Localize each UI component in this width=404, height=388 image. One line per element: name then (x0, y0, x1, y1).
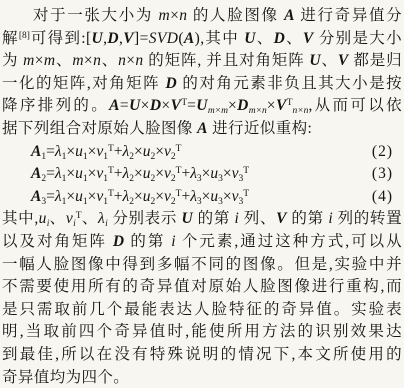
text-segment: 分别是大小 (314, 30, 402, 47)
text-segment: m (23, 52, 35, 69)
text-segment: λ (190, 165, 197, 182)
text-segment: 一幅人脸图像中得到多幅不同的图像。但是,实验中并 (2, 256, 402, 273)
text-segment: + (114, 188, 123, 205)
text-segment: × (141, 97, 150, 114)
text-segment: 进行近似重构: (208, 120, 312, 137)
text-line: 据下列组合对原始人脸图像 A 进行近似重构: (2, 118, 402, 141)
text-segment: + (181, 188, 190, 205)
text-segment: 可得到:[ (30, 30, 92, 47)
text-segment: × (155, 188, 164, 205)
text-segment: × (134, 188, 143, 205)
text-segment: 不需要使用所有的奇异值对原始人脸图像进行重构,而 (2, 278, 402, 295)
text-line: 是只需取前几个最能表达人脸特征的奇异值。实验表 (2, 299, 402, 322)
text-segment: 据下列组合对原始人脸图像 (2, 120, 197, 137)
text-segment: 、 (49, 210, 65, 227)
text-segment: T (243, 166, 249, 176)
text-segment: U (182, 210, 194, 227)
text-segment: × (66, 188, 75, 205)
text-segment: 、 (321, 52, 338, 69)
text-line: 明,当取前四个奇异值时,能使所用方法的识别效果达 (2, 321, 402, 344)
text-segment: A (31, 188, 41, 205)
text-segment: × (134, 143, 143, 160)
text-segment: × (66, 143, 75, 160)
text-segment: V (276, 97, 287, 114)
text-segment: × (267, 97, 276, 114)
text-segment: v (164, 188, 171, 205)
text-segment: A (109, 97, 120, 114)
text-segment: ]= (134, 30, 149, 47)
text-segment: m (159, 7, 171, 24)
text-segment: u (75, 143, 83, 160)
text-segment: λ (190, 188, 197, 205)
text-segment: V (338, 52, 349, 69)
text-segment: D (150, 97, 162, 114)
text-segment: 奇异值均为四个。 (2, 369, 129, 386)
text-segment: 的人脸图像 (187, 7, 284, 24)
text-segment: × (88, 165, 97, 182)
text-content: 一化的矩阵,对角矩阵 D 的对角元素非负且其大小是按 (2, 75, 402, 92)
text-segment: × (66, 165, 75, 182)
text-segment: u (210, 165, 218, 182)
text-segment: v (232, 165, 239, 182)
text-segment: v (164, 143, 171, 160)
text-segment: 对于一张大小为 (33, 7, 159, 24)
text-segment: = (187, 97, 196, 114)
text-line: 奇异值均为四个。 (2, 367, 402, 388)
text-content: 解[8]可得到:[U,D,V]=SVD(A),其中 U、D、V 分别是大小 (2, 30, 402, 47)
text-segment: × (88, 188, 97, 205)
text-content: 是只需取前几个最能表达人脸特征的奇异值。实验表 (2, 301, 402, 318)
text-segment: V (276, 210, 287, 227)
text-segment: V (171, 97, 182, 114)
text-segment: × (134, 165, 143, 182)
text-segment: 、 (82, 210, 98, 227)
text-segment: D (113, 233, 125, 250)
text-segment: U (92, 30, 104, 47)
text-segment: 以及对角矩阵 (2, 233, 113, 250)
text-content: 不需要使用所有的奇异值对原始人脸图像进行重构,而 (2, 278, 402, 295)
text-segment: U (129, 97, 141, 114)
text-line: 为 m×m、m×n、n×n 的矩阵, 并且对角矩阵 U、V 都是归 (2, 50, 402, 73)
equation-number: (4) (372, 186, 402, 209)
text-segment: 的第 (287, 210, 328, 227)
text-segment: 、 (55, 52, 72, 69)
text-segment: n×n (293, 106, 309, 116)
text-segment: 为 (2, 52, 23, 69)
text-segment: T (176, 144, 182, 154)
text-segment: 进行奇异值分 (295, 7, 402, 24)
text-segment: [8] (19, 31, 30, 41)
text-segment: m×n (249, 106, 267, 116)
text-segment: × (126, 52, 135, 69)
text-segment: D (274, 30, 286, 47)
text-segment: × (35, 52, 44, 69)
text-segment: v (232, 188, 239, 205)
text-segment: 的对角元素非负且其大小是按 (177, 75, 402, 92)
text-segment: u (210, 188, 218, 205)
text-segment: × (161, 97, 170, 114)
text-line: 对于一张大小为 m×n 的人脸图像 A 进行奇异值分 (2, 5, 402, 28)
text-segment: 都是归 (349, 52, 402, 69)
text-segment: 、 (285, 30, 303, 47)
text-segment: m×m (208, 106, 228, 116)
equation-content: A1=λ1×u1×v1T+λ2×u2×v2T (31, 141, 181, 164)
text-segment: D (107, 30, 119, 47)
text-line: 一化的矩阵,对角矩阵 D 的对角元素非负且其大小是按 (2, 73, 402, 96)
text-segment: 、 (101, 52, 118, 69)
text-segment: D (165, 75, 177, 92)
text-segment: A (197, 120, 208, 137)
text-content: 据下列组合对原始人脸图像 A 进行近似重构: (2, 120, 312, 137)
text-segment: ,从而可以依 (308, 97, 402, 114)
text-segment: 个元素,通过这种方式,可以从 (176, 233, 402, 250)
text-segment: 明,当取前四个奇异值时,能使所用方法的识别效果达 (2, 323, 402, 340)
text-segment: 的矩阵, 并且对角矩阵 (144, 52, 310, 69)
text-content: 对于一张大小为 m×n 的人脸图像 A 进行奇异值分 (33, 7, 402, 24)
text-segment: SVD (149, 30, 179, 47)
text-segment: × (228, 97, 237, 114)
text-content: 明,当取前四个奇异值时,能使所用方法的识别效果达 (2, 323, 402, 340)
text-content: 奇异值均为四个。 (2, 369, 129, 386)
text-segment: + (114, 143, 123, 160)
equation-content: A3=λ1×u1×v1T+λ2×u2×v2T+λ3×u3×v3T (31, 186, 249, 209)
text-line: 一幅人脸图像中得到多幅不同的图像。但是,实验中并 (2, 254, 402, 277)
text-segment: ),其中 (195, 30, 245, 47)
text-segment: × (84, 52, 93, 69)
text-segment: V (303, 30, 314, 47)
text-segment: n (93, 52, 101, 69)
equation-line: A1=λ1×u1×v1T+λ2×u2×v2T(2) (2, 141, 402, 164)
text-segment: + (114, 165, 123, 182)
equation-content: A2=λ1×u1×v1T+λ2×u2×v2T+λ3×u3×v3T (31, 163, 249, 186)
text-segment: 一化的矩阵,对角矩阵 (2, 75, 165, 92)
equation-line: A3=λ1×u1×v1T+λ2×u2×v2T+λ3×u3×v3T(4) (2, 186, 402, 209)
text-segment: 其中, (2, 210, 39, 227)
text-segment: 解 (2, 30, 19, 47)
text-segment: × (155, 143, 164, 160)
text-segment: = (46, 165, 55, 182)
text-segment: U (244, 30, 256, 47)
text-segment: V (123, 30, 134, 47)
text-segment: × (223, 188, 232, 205)
text-line: 到最佳,所以在没有特殊说明的情况下,本文所使用的 (2, 344, 402, 367)
text-segment: + (181, 165, 190, 182)
text-segment: n (118, 52, 126, 69)
text-line: 以及对角矩阵 D 的第 i 个元素,通过这种方式,可以从 (2, 231, 402, 254)
text-segment: λ (55, 165, 62, 182)
text-segment: × (88, 143, 97, 160)
text-line: 其中,ui、viT、λi 分别表示 U 的第 i 列、V 的第 i 列的转置 (2, 208, 402, 231)
text-content: 其中,ui、viT、λi 分别表示 U 的第 i 列、V 的第 i 列的转置 (2, 210, 402, 227)
text-segment: A (184, 30, 195, 47)
text-segment: A (284, 7, 295, 24)
text-segment: v (164, 165, 171, 182)
text-segment: A (31, 165, 41, 182)
text-segment: u (75, 188, 83, 205)
text-segment: 降序排列的。 (2, 97, 109, 114)
text-segment: m (72, 52, 84, 69)
paper-text-block: 对于一张大小为 m×n 的人脸图像 A 进行奇异值分解[8]可得到:[U,D,V… (2, 5, 402, 388)
text-segment: n (135, 52, 143, 69)
paper-page: 对于一张大小为 m×n 的人脸图像 A 进行奇异值分解[8]可得到:[U,D,V… (0, 0, 404, 388)
text-segment: × (223, 165, 232, 182)
text-segment: u (75, 165, 83, 182)
text-content: 到最佳,所以在没有特殊说明的情况下,本文所使用的 (2, 346, 402, 363)
text-segment: T (243, 189, 249, 199)
text-segment: D (237, 97, 249, 114)
text-segment: λ (55, 188, 62, 205)
text-segment: U (196, 97, 208, 114)
text-segment: U (309, 52, 321, 69)
equation-number: (3) (372, 163, 402, 186)
text-segment: 的第 (124, 233, 171, 250)
text-segment: = (46, 188, 55, 205)
text-line: 解[8]可得到:[U,D,V]=SVD(A),其中 U、D、V 分别是大小 (2, 28, 402, 51)
text-segment: × (170, 7, 179, 24)
text-content: 一幅人脸图像中得到多幅不同的图像。但是,实验中并 (2, 256, 402, 273)
text-line: 不需要使用所有的奇异值对原始人脸图像进行重构,而 (2, 276, 402, 299)
text-segment: × (155, 165, 164, 182)
text-segment: 列的转置 (333, 210, 402, 227)
text-line: 降序排列的。A=U×D×VT=Um×m×Dm×n×VTn×n,从而可以依 (2, 95, 402, 118)
equation-line: A2=λ1×u1×v1T+λ2×u2×v2T+λ3×u3×v3T(3) (2, 163, 402, 186)
text-segment: 、 (256, 30, 274, 47)
text-content: 为 m×m、m×n、n×n 的矩阵, 并且对角矩阵 U、V 都是归 (2, 52, 402, 69)
text-segment: A (31, 143, 41, 160)
text-segment: u (39, 210, 47, 227)
text-segment: = (120, 97, 129, 114)
equation-number: (2) (372, 141, 402, 164)
text-content: 以及对角矩阵 D 的第 i 个元素,通过这种方式,可以从 (2, 233, 402, 250)
text-segment: 是只需取前几个最能表达人脸特征的奇异值。实验表 (2, 301, 402, 318)
text-segment: λ (55, 143, 62, 160)
text-segment: 到最佳,所以在没有特殊说明的情况下,本文所使用的 (2, 346, 402, 363)
text-segment: 的第 (193, 210, 234, 227)
text-segment: m (44, 52, 56, 69)
text-segment: = (46, 143, 55, 160)
text-content: 降序排列的。A=U×D×VT=Um×m×Dm×n×VTn×n,从而可以依 (2, 97, 402, 114)
text-segment: 分别表示 (108, 210, 182, 227)
text-segment: 列、 (239, 210, 276, 227)
